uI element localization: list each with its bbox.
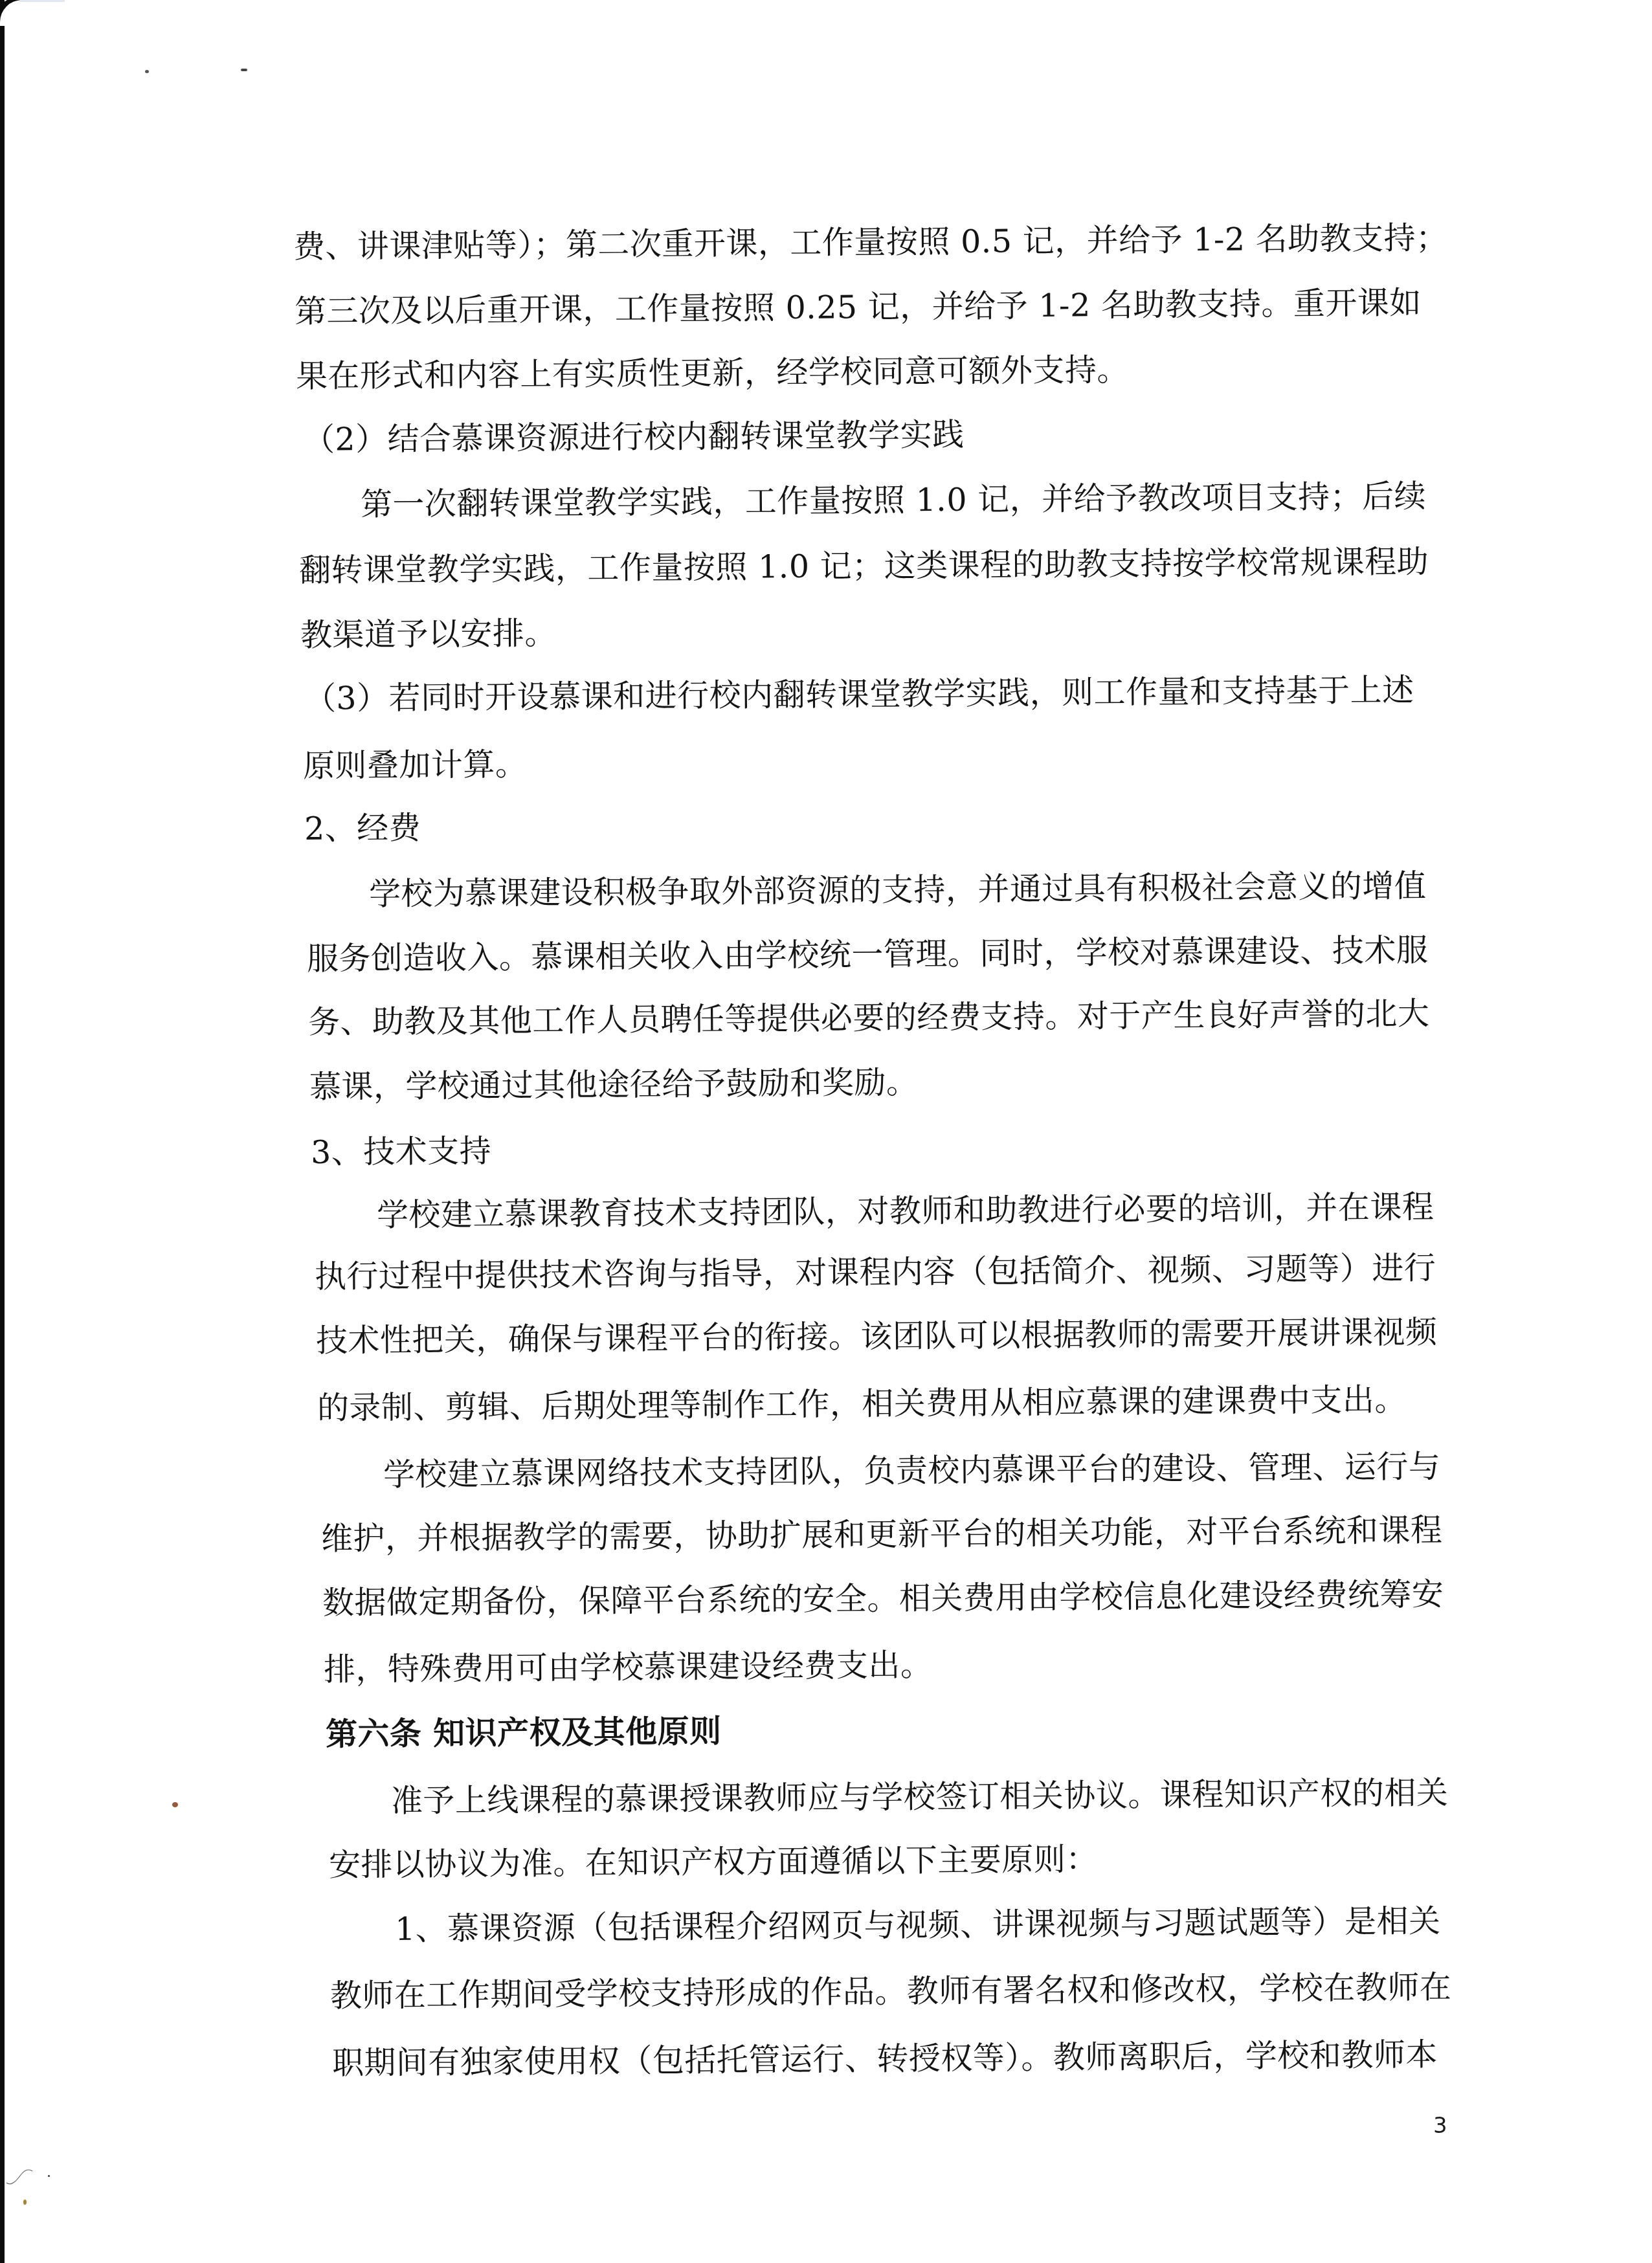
body-line: 费、讲课津贴等）；第二次重开课，工作量按照 0.5 记，并给予 1-2 名助教支… (293, 220, 1448, 265)
body-line: 学校为慕课建设积极争取外部资源的支持，并通过具有积极社会意义的增值 (369, 868, 1427, 913)
body-line: 第三次及以后重开课，工作量按照 0.25 记，并给予 1-2 名助教支持。重开课… (295, 285, 1422, 330)
subheading-line: （2）结合慕课资源进行校内翻转课堂教学实践 (303, 417, 965, 458)
body-line: 第一次翻转课堂教学实践，工作量按照 1.0 记，并给予教改项目支持；后续 (361, 478, 1426, 523)
body-line: 的录制、剪辑、后期处理等制作工作，相关费用从相应慕课的建课费中支出。 (317, 1382, 1407, 1427)
body-line: 慕课，学校通过其他途径给予鼓励和奖励。 (309, 1065, 919, 1106)
body-line: 原则叠加计算。 (303, 746, 528, 785)
body-line: 务、助教及其他工作人员聘任等提供必要的经费支持。对于产生良好声誉的北大 (308, 996, 1430, 1041)
body-line: 学校建立慕课教育技术支持团队，对教师和助教进行必要的培训，并在课程 (377, 1189, 1434, 1234)
body-line: 服务创造收入。慕课相关收入由学校统一管理。同时，学校对慕课建设、技术服 (307, 932, 1429, 977)
body-line: 学校建立慕课网络技术支持团队，负责校内慕课平台的建设、管理、运行与 (383, 1449, 1441, 1493)
section-heading: 2、经费 (304, 810, 421, 847)
body-line: 技术性把关，确保与课程平台的衔接。该团队可以根据教师的需要开展讲课视频 (316, 1314, 1438, 1359)
body-line: 翻转课堂教学实践，工作量按照 1.0 记；这类课程的助教支持按学校常规课程助 (299, 544, 1429, 589)
body-line: 执行过程中提供技术咨询与指导，对课程内容（包括简介、视频、习题等）进行 (315, 1250, 1436, 1295)
subheading-line: （3）若同时开设慕课和进行校内翻转课堂教学实践，则工作量和支持基于上述 (304, 673, 1414, 717)
section-heading: 3、技术支持 (311, 1133, 492, 1171)
body-line: 准予上线课程的慕课授课教师应与学校签订相关协议。课程知识产权的相关 (391, 1775, 1449, 1820)
document-page: 费、讲课津贴等）；第二次重开课，工作量按照 0.5 记，并给予 1-2 名助教支… (0, 0, 1652, 2263)
body-line: 安排以协议为准。在知识产权方面遵循以下主要原则： (329, 1842, 1098, 1884)
body-line: 教师在工作期间受学校支持形成的作品。教师有署名权和修改权，学校在教师在 (330, 1969, 1452, 2014)
body-line: 职期间有独家使用权（包括托管运行、转授权等）。教师离职后，学校和教师本 (332, 2037, 1438, 2082)
body-line: 1、慕课资源（包括课程介绍网页与视频、讲课视频与习题试题等）是相关 (395, 1903, 1441, 1948)
body-line: 教渠道予以安排。 (300, 616, 557, 654)
page-number: 3 (1433, 2113, 1447, 2139)
body-line: 果在形式和内容上有实质性更新，经学校同意可额外支持。 (296, 352, 1129, 395)
article-heading: 第六条 知识产权及其他原则 (326, 1713, 722, 1753)
body-line: 维护，并根据教学的需要，协助扩展和更新平台的相关功能，对平台系统和课程 (321, 1512, 1443, 1557)
body-line: 排，特殊费用可由学校慕课建设经费支出。 (324, 1647, 933, 1688)
body-line: 数据做定期备份，保障平台系统的安全。相关费用由学校信息化建设经费统筹安 (322, 1576, 1444, 1622)
